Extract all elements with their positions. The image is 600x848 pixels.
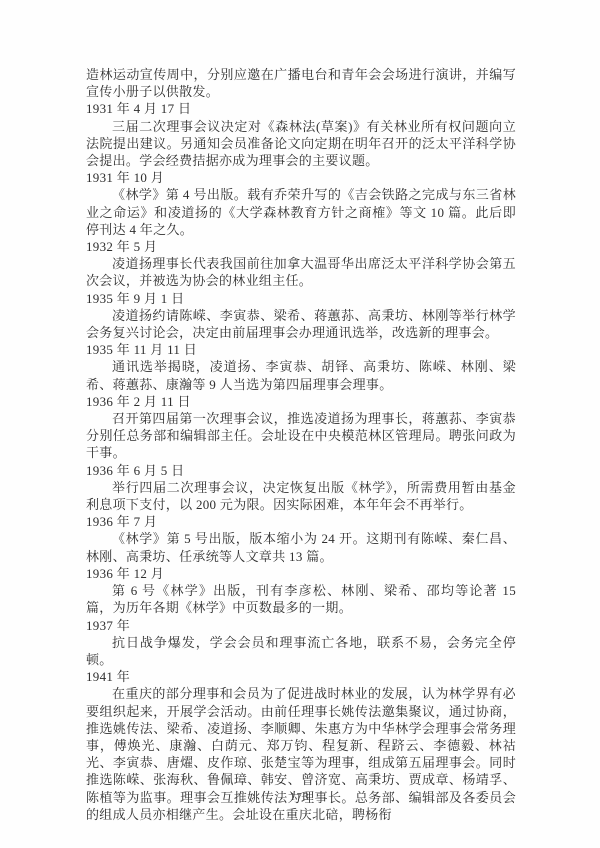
chronology-entry: 1937 年 抗日战争爆发，学会会员和理事流亡各地，联系不易，会务完全停顿。 (86, 617, 516, 669)
entry-text: 抗日战争爆发，学会会员和理事流亡各地，联系不易，会务完全停顿。 (86, 634, 516, 668)
chronology-entry: 1935 年 11 月 11 日 通讯选举揭晓，凌道扬、李寅恭、胡铎、高秉坊、陈… (86, 341, 516, 393)
continuation-paragraph: 造林运动宣传周中，分别应邀在广播电台和青年会会场进行演讲，并编写宣传小册子以供散… (86, 66, 516, 100)
entry-text: 举行四届二次理事会议，决定恢复出版《林学》，所需费用暂由基金利息项下支付，以 2… (86, 479, 516, 513)
chronology-entry: 1936 年 6 月 5 日 举行四届二次理事会议，决定恢复出版《林学》，所需费… (86, 462, 516, 514)
chronology-text-block: 造林运动宣传周中，分别应邀在广播电台和青年会会场进行演讲，并编写宣传小册子以供散… (86, 66, 516, 823)
entry-date: 1931 年 4 月 17 日 (86, 100, 516, 117)
page-number: 173 (0, 792, 600, 803)
entry-date: 1932 年 5 月 (86, 238, 516, 255)
entry-date: 1936 年 7 月 (86, 513, 516, 530)
chronology-entry: 1931 年 10 月 《林学》第 4 号出版。载有乔荣升写的《吉会铁路之完成与… (86, 169, 516, 238)
entry-text: 第 6 号《林学》出版，刊有李彦松、林刚、梁希、邵均等论著 15 篇，为历年各期… (86, 582, 516, 616)
entry-text: 《林学》第 4 号出版。载有乔荣升写的《吉会铁路之完成与东三省林业之命运》和凌道… (86, 186, 516, 238)
entry-date: 1935 年 11 月 11 日 (86, 341, 516, 358)
chronology-entry: 1935 年 9 月 1 日 凌道扬约请陈嵘、李寅恭、梁希、蒋蕙荪、高秉坊、林刚… (86, 290, 516, 342)
entry-text: 召开第四届第一次理事会议，推选凌道扬为理事长，蒋蕙荪、李寅恭分别任总务部和编辑部… (86, 410, 516, 462)
entry-date: 1931 年 10 月 (86, 169, 516, 186)
entry-text: 通讯选举揭晓，凌道扬、李寅恭、胡铎、高秉坊、陈嵘、林刚、梁希、蒋蕙荪、康瀚等 9… (86, 358, 516, 392)
chronology-entry: 1936 年 12 月 第 6 号《林学》出版，刊有李彦松、林刚、梁希、邵均等论… (86, 565, 516, 617)
entry-text: 三届二次理事会议决定对《森林法(草案)》有关林业所有权问题向立法院提出建议。另通… (86, 118, 516, 170)
entry-date: 1941 年 (86, 668, 516, 685)
chronology-entry: 1936 年 7 月 《林学》第 5 号出版，版本缩小为 24 开。这期刊有陈嵘… (86, 513, 516, 565)
entry-text: 凌道扬约请陈嵘、李寅恭、梁希、蒋蕙荪、高秉坊、林刚等举行林学会务复兴讨论会，决定… (86, 307, 516, 341)
entry-text: 《林学》第 5 号出版，版本缩小为 24 开。这期刊有陈嵘、秦仁昌、林刚、高秉坊… (86, 530, 516, 564)
chronology-entry: 1932 年 5 月 凌道扬理事长代表我国前往加拿大温哥华出席泛太平洋科学协会第… (86, 238, 516, 290)
chronology-entry: 1931 年 4 月 17 日 三届二次理事会议决定对《森林法(草案)》有关林业… (86, 100, 516, 169)
entry-date: 1936 年 12 月 (86, 565, 516, 582)
entry-date: 1936 年 6 月 5 日 (86, 462, 516, 479)
entry-date: 1935 年 9 月 1 日 (86, 290, 516, 307)
entry-text: 凌道扬理事长代表我国前往加拿大温哥华出席泛太平洋科学协会第五次会议，并被选为协会… (86, 255, 516, 289)
chronology-entry: 1936 年 2 月 11 日 召开第四届第一次理事会议，推选凌道扬为理事长，蒋… (86, 393, 516, 462)
book-page: 造林运动宣传周中，分别应邀在广播电台和青年会会场进行演讲，并编写宣传小册子以供散… (0, 0, 600, 848)
entry-date: 1937 年 (86, 617, 516, 634)
entry-date: 1936 年 2 月 11 日 (86, 393, 516, 410)
